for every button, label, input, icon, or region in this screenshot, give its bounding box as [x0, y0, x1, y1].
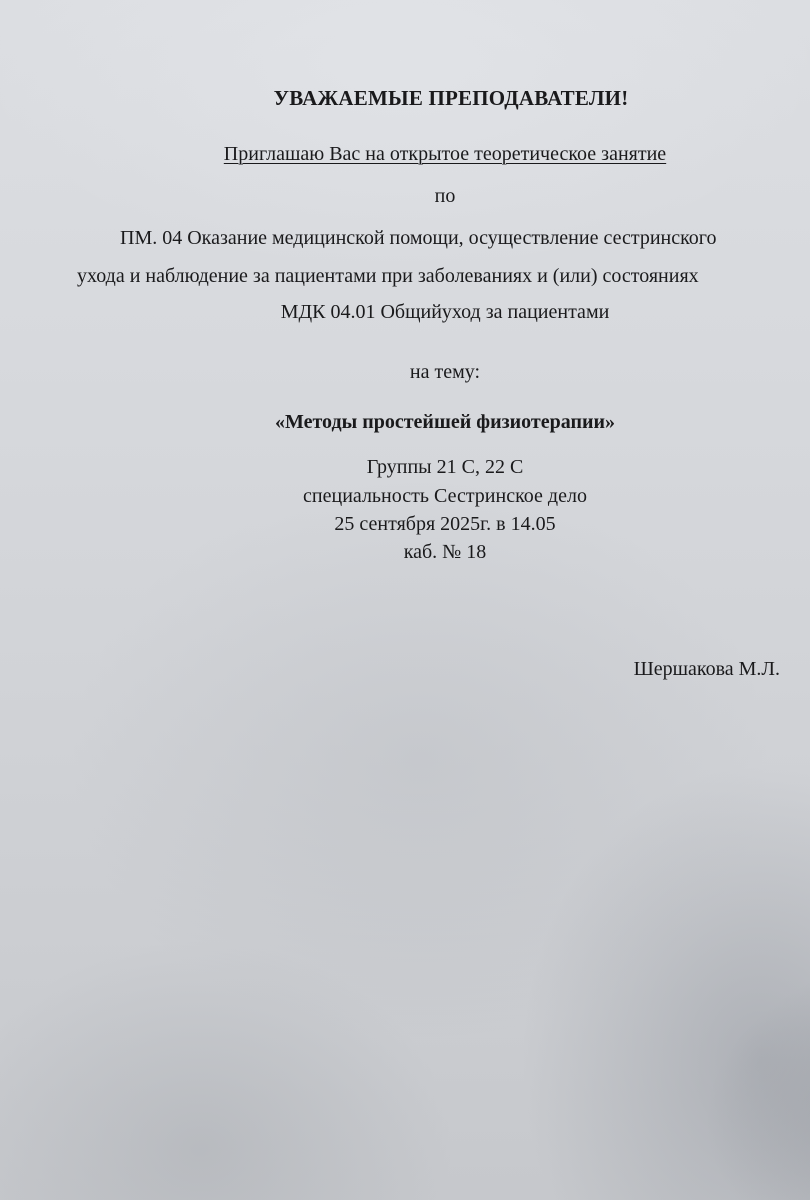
- preposition-text: по: [40, 184, 810, 208]
- topic-title: «Методы простейшей физиотерапии»: [40, 410, 810, 434]
- module-title-line-2: ухода и наблюдение за пациентами при заб…: [0, 264, 699, 288]
- paper-sheet: УВАЖАЕМЫЕ ПРЕПОДАВАТЕЛИ! Приглашаю Вас н…: [0, 0, 810, 1200]
- module-title-line-1: ПМ. 04 Оказание медицинской помощи, осущ…: [0, 226, 717, 250]
- invitation-text: Приглашаю Вас на открытое теоретическое …: [40, 142, 810, 166]
- topic-label: на тему:: [40, 360, 810, 384]
- room-text: каб. № 18: [40, 540, 810, 564]
- specialty-text: специальность Сестринское дело: [40, 484, 810, 508]
- course-title: МДК 04.01 Общийуход за пациентами: [40, 300, 810, 324]
- groups-text: Группы 21 С, 22 С: [40, 455, 810, 479]
- signature: Шершакова М.Л.: [634, 657, 780, 681]
- document-heading: УВАЖАЕМЫЕ ПРЕПОДАВАТЕЛИ!: [46, 86, 810, 110]
- date-time-text: 25 сентября 2025г. в 14.05: [40, 512, 810, 536]
